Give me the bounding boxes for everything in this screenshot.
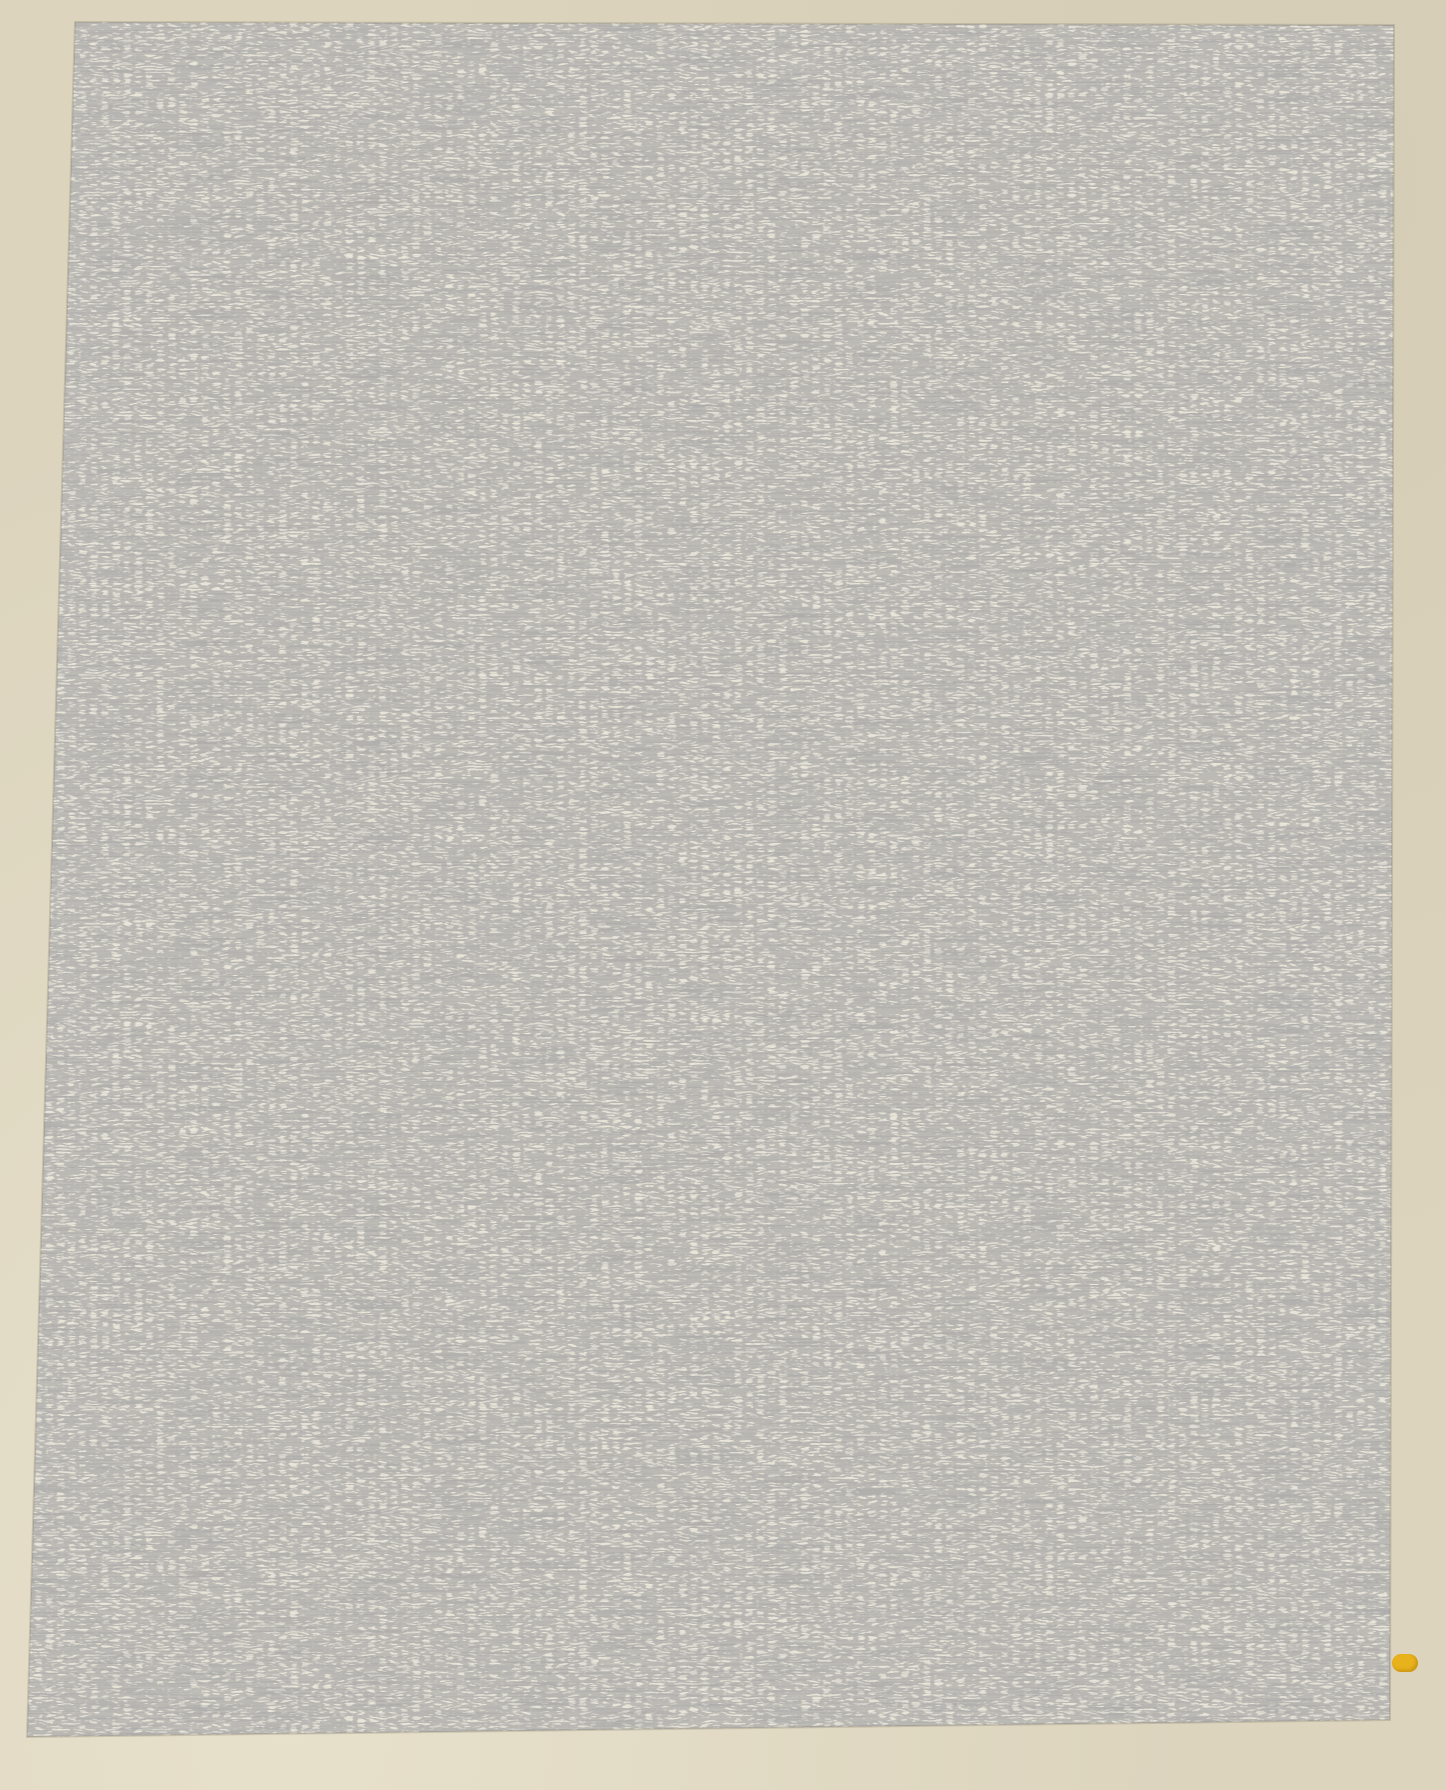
rug-label-tag xyxy=(1392,1654,1418,1672)
rug xyxy=(0,0,1446,1790)
